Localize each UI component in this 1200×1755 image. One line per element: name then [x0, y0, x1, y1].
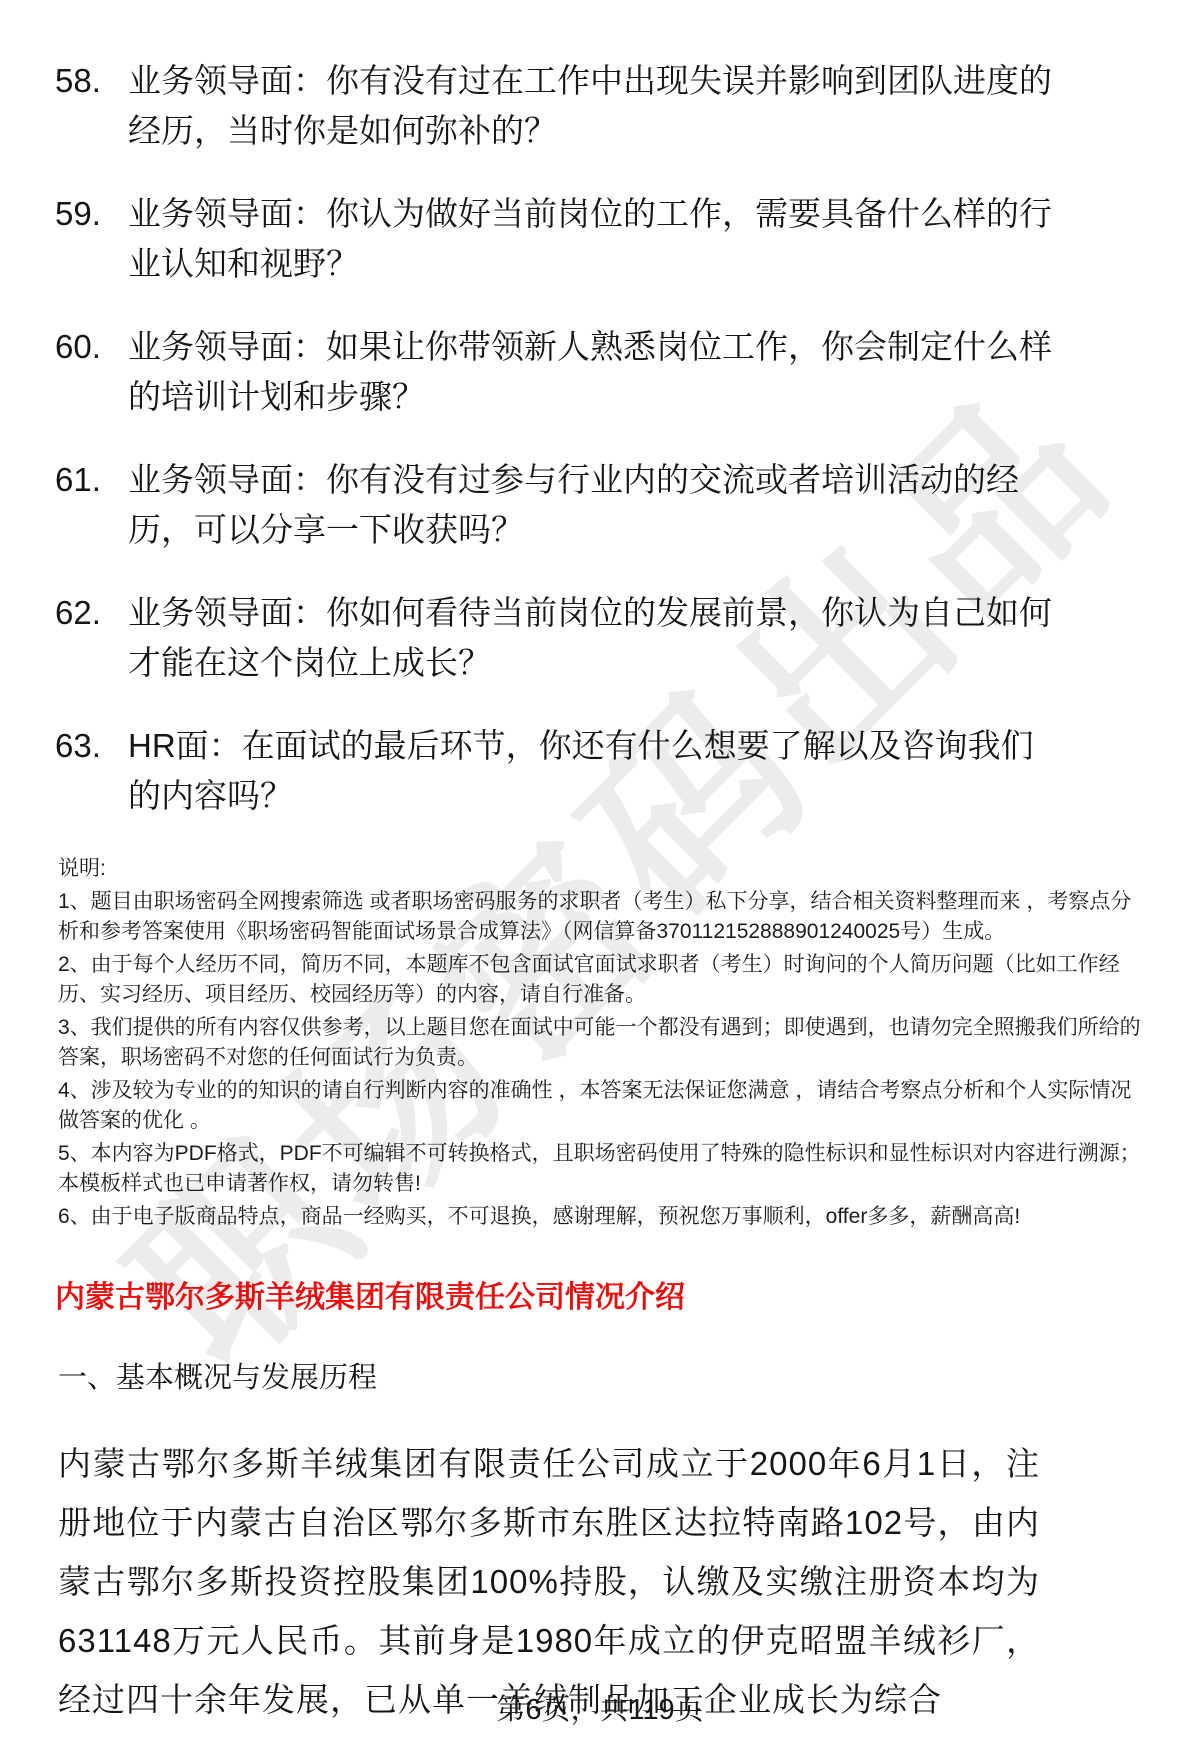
question-list: 58. 业务领导面：你有没有过在工作中出现失误并影响到团队进度的经历，当时你是如…: [0, 56, 1200, 821]
disclaimer-notes: 说明: 1、题目由职场密码全网搜索筛选 或者职场密码服务的求职者（考生）私下分享…: [0, 854, 1200, 1232]
question-text: 业务领导面：你有没有过在工作中出现失误并影响到团队进度的经历，当时你是如何弥补的…: [128, 56, 1060, 156]
question-text: 业务领导面：你有没有过参与行业内的交流或者培训活动的经历，可以分享一下收获吗？: [128, 455, 1060, 555]
company-section-heading: 内蒙古鄂尔多斯羊绒集团有限责任公司情况介绍: [55, 1278, 1200, 1318]
question-item-59: 59. 业务领导面：你认为做好当前岗位的工作，需要具备什么样的行业认知和视野？: [55, 189, 1060, 289]
question-text: 业务领导面：如果让你带领新人熟悉岗位工作，你会制定什么样的培训计划和步骤？: [128, 322, 1060, 422]
question-number: 60.: [55, 322, 128, 422]
page-number-footer: 第6页，共119页: [0, 1690, 1200, 1730]
note-item-1: 1、题目由职场密码全网搜索筛选 或者职场密码服务的求职者（考生）私下分享，结合相…: [58, 887, 1145, 947]
question-text: 业务领导面：你认为做好当前岗位的工作，需要具备什么样的行业认知和视野？: [128, 189, 1060, 289]
question-text: 业务领导面：你如何看待当前岗位的发展前景，你认为自己如何才能在这个岗位上成长？: [128, 588, 1060, 688]
question-number: 62.: [55, 588, 128, 688]
note-item-2: 2、由于每个人经历不同，简历不同，本题库不包含面试官面试求职者（考生）时询问的个…: [58, 950, 1145, 1010]
note-item-4: 4、涉及较为专业的的知识的请自行判断内容的准确性 ，本答案无法保证您满意 ，请结…: [58, 1076, 1145, 1136]
question-item-62: 62. 业务领导面：你如何看待当前岗位的发展前景，你认为自己如何才能在这个岗位上…: [55, 588, 1060, 688]
question-number: 61.: [55, 455, 128, 555]
question-number: 63.: [55, 721, 128, 821]
note-item-6: 6、由于电子版商品特点，商品一经购买，不可退换，感谢理解，预祝您万事顺利，off…: [58, 1202, 1145, 1232]
question-item-61: 61. 业务领导面：你有没有过参与行业内的交流或者培训活动的经历，可以分享一下收…: [55, 455, 1060, 555]
question-number: 58.: [55, 56, 128, 156]
notes-label: 说明:: [58, 854, 1145, 884]
company-section-subheading: 一、基本概况与发展历程: [58, 1358, 1200, 1398]
note-item-3: 3、我们提供的所有内容仅供参考，以上题目您在面试中可能一个都没有遇到；即使遇到，…: [58, 1013, 1145, 1073]
question-item-58: 58. 业务领导面：你有没有过在工作中出现失误并影响到团队进度的经历，当时你是如…: [55, 56, 1060, 156]
question-item-60: 60. 业务领导面：如果让你带领新人熟悉岗位工作，你会制定什么样的培训计划和步骤…: [55, 322, 1060, 422]
company-intro-paragraph: 内蒙古鄂尔多斯羊绒集团有限责任公司成立于2000年6月1日，注册地位于内蒙古自治…: [58, 1434, 1040, 1729]
document-page: 职场密码出品 58. 业务领导面：你有没有过在工作中出现失误并影响到团队进度的经…: [0, 0, 1200, 1755]
question-item-63: 63. HR面：在面试的最后环节，你还有什么想要了解以及咨询我们的内容吗？: [55, 721, 1060, 821]
note-item-5: 5、本内容为PDF格式，PDF不可编辑不可转换格式，且职场密码使用了特殊的隐性标…: [58, 1139, 1145, 1199]
page-content: 58. 业务领导面：你有没有过在工作中出现失误并影响到团队进度的经历，当时你是如…: [0, 0, 1200, 1729]
question-number: 59.: [55, 189, 128, 289]
question-text: HR面：在面试的最后环节，你还有什么想要了解以及咨询我们的内容吗？: [128, 721, 1060, 821]
